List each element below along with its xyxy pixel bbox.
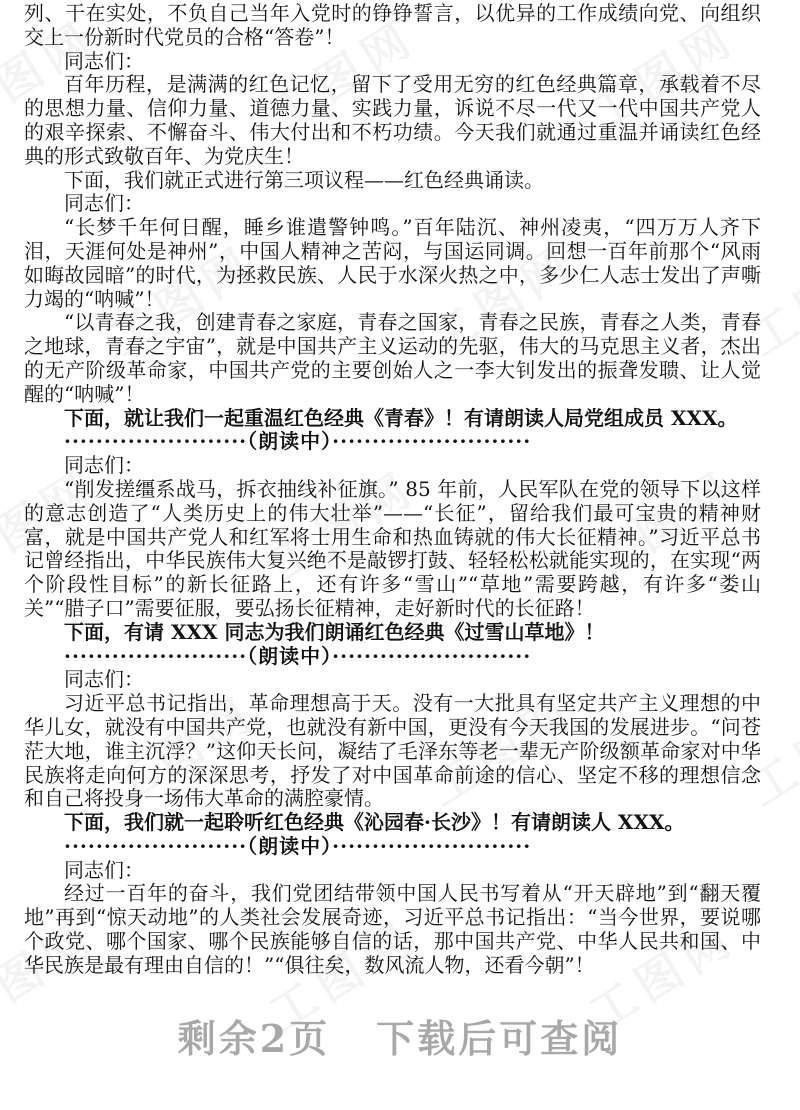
paragraph-16: ·······················（朗读中）············… — [24, 835, 761, 859]
paragraph-3: 下面，我们就正式进行第三项议程——红色经典诵读。 — [24, 169, 761, 193]
paragraph-12: ·······················（朗读中）············… — [24, 645, 761, 669]
paragraph-4: 同志们： — [24, 192, 761, 216]
paragraph-9: 同志们： — [24, 454, 761, 478]
paragraph-17: 同志们： — [24, 859, 761, 883]
download-banner: 剩余2页下载后可查阅 — [0, 1008, 800, 1063]
paragraph-14: 习近平总书记指出，革命理想高于天。没有一大批具有坚定共产主义理想的中华儿女，就没… — [24, 692, 761, 811]
paragraph-11: 下面，有请 XXX 同志为我们朗诵红色经典《过雪山草地》！ — [24, 621, 761, 645]
paragraph-0: 列、干在实处，不负自己当年入党时的铮铮誓言，以优异的工作成绩向党、向组织交上一份… — [24, 2, 761, 50]
remaining-pages-label: 剩余2页 — [178, 1016, 330, 1061]
paragraph-15: 下面，我们就一起聆听红色经典《沁园春·长沙》！有请朗读人 XXX。 — [24, 811, 761, 835]
paragraph-13: 同志们： — [24, 668, 761, 692]
download-hint-label: 下载后可查阅 — [376, 1016, 622, 1061]
paragraph-10: “削发搓缰系战马，拆衣抽线补征旗。” 85 年前，人民军队在党的领导下以这样的意… — [24, 478, 761, 621]
paragraph-8: ·······················（朗读中）············… — [24, 430, 761, 454]
document-page: 工图网工图网工图网工图网工图网工图网工图网工图网工图网工图网工图网工图网工图网工… — [0, 0, 800, 1110]
paragraph-2: 百年历程，是满满的红色记忆，留下了受用无穷的红色经典篇章，承载着不尽的思想力量、… — [24, 73, 761, 168]
document-body: 列、干在实处，不负自己当年入党时的铮铮誓言，以优异的工作成绩向党、向组织交上一份… — [24, 2, 761, 978]
paragraph-1: 同志们： — [24, 50, 761, 74]
paragraph-18: 经过一百年的奋斗，我们党团结带领中国人民书写着从“开天辟地”到“翻天覆地”再到“… — [24, 882, 761, 977]
paragraph-7: 下面，就让我们一起重温红色经典《青春》！有请朗读人局党组成员 XXX。 — [24, 407, 761, 431]
paragraph-6: “以青春之我，创建青春之家庭，青春之国家，青春之民族，青春之人类，青春之地球，青… — [24, 311, 761, 406]
paragraph-5: “长梦千年何日醒，睡乡谁遣警钟鸣。”百年陆沉、神州凌夷，“四万万人齐下泪，天涯何… — [24, 216, 761, 311]
